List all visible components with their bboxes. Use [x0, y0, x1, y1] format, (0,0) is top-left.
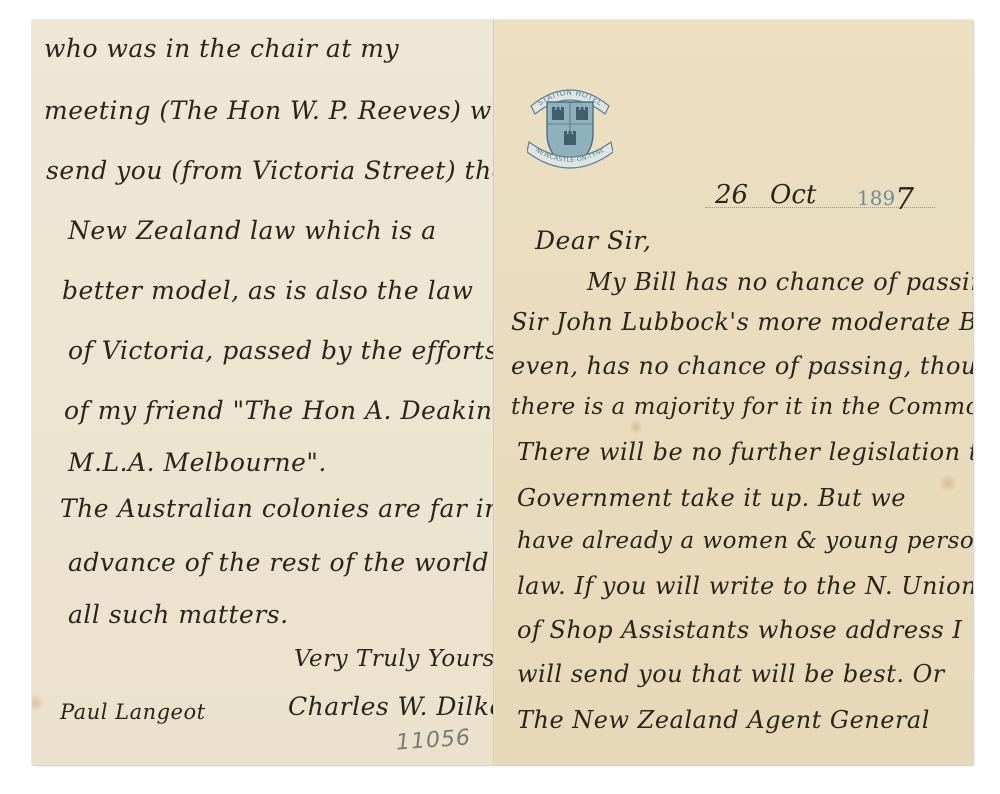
date-day: 26 — [715, 180, 748, 210]
right-line-9: of Shop Assistants whose address I — [517, 616, 962, 644]
letter-sheet: who was in the chair at my meeting (The … — [32, 20, 973, 765]
archive-number: 11056 — [395, 725, 472, 755]
right-line-1: My Bill has no chance of passing. — [587, 268, 973, 296]
salutation: Dear Sir, — [535, 226, 651, 255]
date-month: Oct — [770, 180, 816, 210]
hotel-crest-icon: STATION HOTEL NEWCASTLE-ON-TYNE — [527, 72, 613, 176]
left-line-6: of Victoria, passed by the efforts — [68, 336, 494, 365]
foxing-stain — [629, 420, 643, 434]
left-page: who was in the chair at my meeting (The … — [32, 20, 494, 765]
left-line-3: send you (from Victoria Street) the — [46, 156, 494, 185]
date-year-digit: 7 — [895, 182, 914, 217]
left-line-4: New Zealand law which is a — [68, 216, 437, 245]
left-line-5: better model, as is also the law — [62, 276, 473, 305]
date-printed-year: 189 — [857, 186, 895, 210]
right-line-5: There will be no further legislation til… — [517, 438, 973, 466]
right-line-4: there is a majority for it in the Common… — [511, 394, 973, 420]
right-line-6: Government take it up. But we — [517, 484, 906, 512]
right-line-11: The New Zealand Agent General — [517, 706, 930, 734]
right-line-8: law. If you will write to the N. Union — [517, 572, 973, 600]
closing: Very Truly Yours — [294, 646, 494, 672]
left-line-7: of my friend "The Hon A. Deakin — [64, 396, 492, 425]
left-line-11: all such matters. — [68, 600, 289, 629]
recipient-name: Paul Langeot — [60, 700, 206, 724]
left-line-1: who was in the chair at my — [44, 34, 399, 63]
left-line-2: meeting (The Hon W. P. Reeves) will — [44, 96, 494, 125]
right-line-7: have already a women & young persons — [517, 528, 973, 554]
left-line-8: M.L.A. Melbourne". — [68, 448, 327, 477]
right-line-2: Sir John Lubbock's more moderate Bill, — [511, 308, 973, 336]
foxing-stain — [32, 694, 44, 712]
foxing-stain — [940, 472, 956, 494]
left-line-10: advance of the rest of the world in — [68, 548, 494, 577]
right-page: STATION HOTEL NEWCASTLE-ON-TYNE — [495, 20, 973, 765]
signature: Charles W. Dilke — [288, 692, 494, 721]
left-line-9: The Australian colonies are far in — [60, 494, 494, 523]
right-line-3: even, has no chance of passing, though — [511, 352, 973, 380]
right-line-10: will send you that will be best. Or — [517, 660, 945, 688]
